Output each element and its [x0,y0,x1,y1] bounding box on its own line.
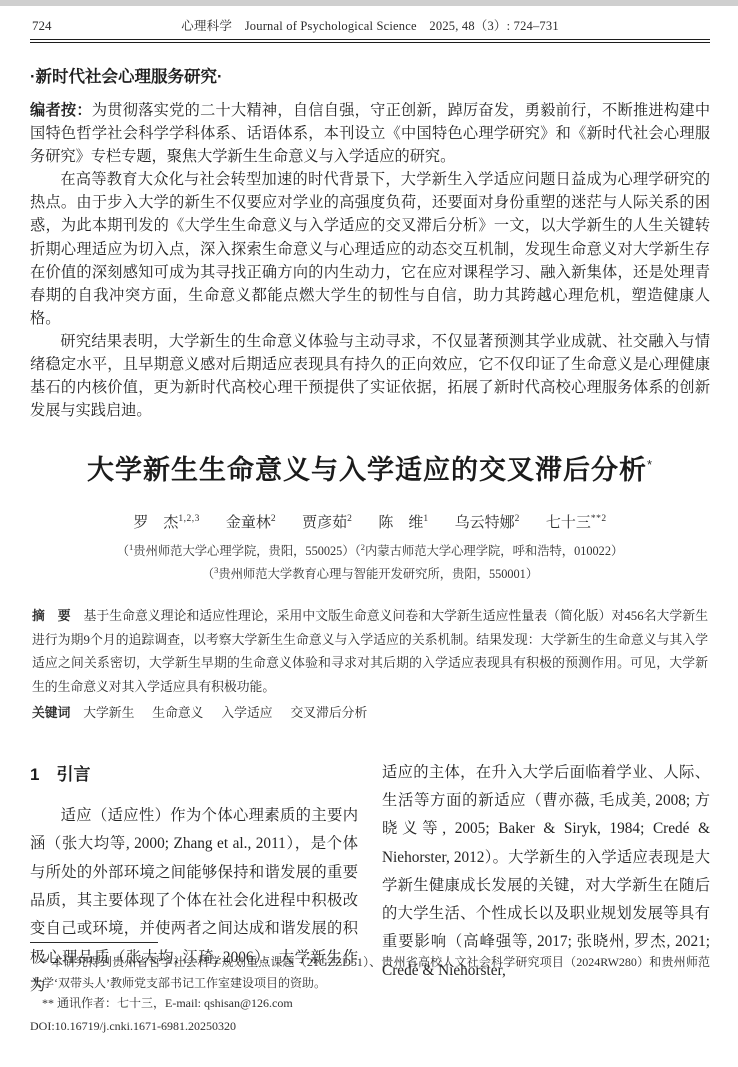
keyword: 生命意义 [152,706,203,720]
author: 罗 杰1,2,3 [133,511,200,532]
author: 贾彦茹2 [302,511,352,532]
page-number: 724 [32,18,122,34]
keyword: 交叉滞后分析 [290,706,367,720]
page: 724 心理科学 Journal of Psychological Scienc… [0,6,738,1000]
affiliations: （1贵州师范大学心理学院，贵阳，550025）（2内蒙古师范大学心理学院，呼和浩… [30,540,710,586]
special-column-heading: ·新时代社会心理服务研究· [30,63,710,87]
authors-line: 罗 杰1,2,3金童林2贾彦茹2陈 维1乌云特娜2七十三**2 [30,511,710,532]
scanned-paper-page: { "page": { "number": "724", "journal_he… [0,0,738,1067]
affiliation-line: （3贵州师范大学教育心理与智能开发研究所，贵阳，550001） [30,563,710,586]
corresponding-author-footnote: ** 通讯作者：七十三，E-mail: qshisan@126.com [30,993,710,1014]
footnote-area: * 本研究得到贵州省哲学社会科学规划重点课题（21GZZD51）、贵州省高校人文… [30,942,710,1037]
running-head: 724 心理科学 Journal of Psychological Scienc… [30,12,710,39]
author: 陈 维1 [378,511,428,532]
title-footnote-mark: * [647,457,653,472]
editor-note-p2: 在高等教育大众化与社会转型加速的时代背景下，大学新生入学适应问题日益成为心理学研… [30,168,710,330]
footnote-separator-rule [30,942,158,943]
section-1-heading: 1 引言 [30,759,358,790]
author: 七十三**2 [546,511,607,532]
editor-note: 编者按：为贯彻落实党的二十大精神，自信自强，守正创新，踔厉奋发，勇毅前行，不断推… [30,99,710,422]
abstract: 摘 要基于生命意义理论和适应性理论，采用中文版生命意义问卷和大学新生适应性量表（… [32,604,708,700]
editor-note-label: 编者按： [30,102,92,119]
author: 乌云特娜2 [455,511,520,532]
keywords-list: 大学新生生命意义入学适应交叉滞后分析 [83,706,385,720]
header-double-rule [30,39,710,43]
keywords-label: 关键词 [32,705,70,720]
abstract-text: 基于生命意义理论和适应性理论，采用中文版生命意义问卷和大学新生适应性量表（简化版… [32,609,708,694]
funding-footnote: * 本研究得到贵州省哲学社会科学规划重点课题（21GZZD51）、贵州省高校人文… [30,952,710,993]
keyword: 入学适应 [221,706,272,720]
doi-line: DOI:10.16719/j.cnki.1671-6981.20250320 [30,1016,710,1037]
editor-note-p3: 研究结果表明，大学新生的生命意义体验与主动寻求，不仅显著预测其学业成就、社交融入… [30,330,710,422]
abstract-label: 摘 要 [32,608,71,623]
journal-header: 心理科学 Journal of Psychological Science 20… [122,16,618,34]
author: 金童林2 [226,511,276,532]
editor-note-p1-text: 为贯彻落实党的二十大精神，自信自强，守正创新，踔厉奋发，勇毅前行，不断推进构建中… [30,102,710,165]
article-title-text: 大学新生生命意义与入学适应的交叉滞后分析 [87,455,647,485]
editor-note-p1: 编者按：为贯彻落实党的二十大精神，自信自强，守正创新，踔厉奋发，勇毅前行，不断推… [30,99,710,168]
keywords: 关键词大学新生生命意义入学适应交叉滞后分析 [32,702,708,721]
article-title: 大学新生生命意义与入学适应的交叉滞后分析* [30,448,710,487]
affiliation-line: （1贵州师范大学心理学院，贵阳，550025）（2内蒙古师范大学心理学院，呼和浩… [30,540,710,563]
keyword: 大学新生 [83,706,134,720]
